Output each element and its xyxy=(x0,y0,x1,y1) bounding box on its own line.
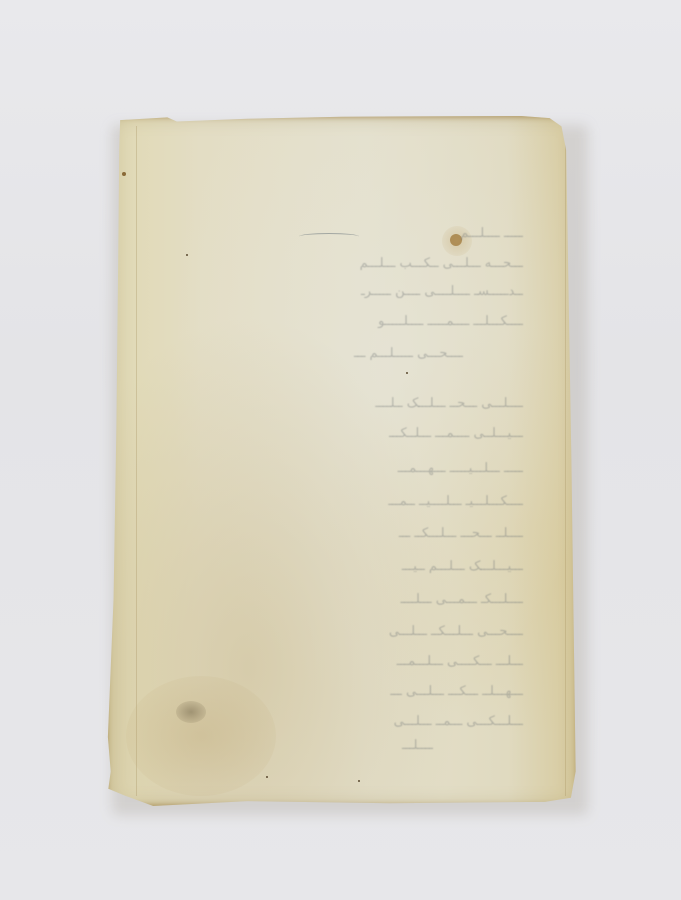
script-line: ــــحـــی ـــلـــکــ ـــلـــی xyxy=(268,624,523,638)
script-line: ــــکـــلـــیـ ـــلــــیــ ــمـــ xyxy=(268,494,523,508)
manuscript-leaf: ـــــ ــــلـــم ـــحـــه ـــلـــی ــکـــ… xyxy=(106,116,578,806)
script-line: ـــــ ــــلـــم xyxy=(328,226,523,240)
script-line: ـــلـــکـــی ـــمــ ـــلـــی xyxy=(268,714,523,728)
script-line: ـــهـــلــ ـــکـــ ـــلـــی ـــ xyxy=(268,684,523,698)
script-line: ــــلـــ xyxy=(388,738,433,752)
script-line: ــــحـــی ـــــلـــم ـــ xyxy=(268,346,463,360)
handwritten-text-block: ـــــ ــــلـــم ـــحـــه ـــلـــی ــکـــ… xyxy=(268,226,523,746)
script-line: ـــــ ـــلـــیـــــ ـــهـــمـــ xyxy=(268,461,523,475)
script-line: ــــلـــی ـــحــ ـــلـــک ــلــــ xyxy=(268,396,523,410)
left-fold-line xyxy=(136,126,137,796)
foxing-area xyxy=(126,676,276,796)
speck xyxy=(186,254,188,256)
script-line: ــــلـــکـ ـــمـــی ـــلــــ xyxy=(268,592,523,606)
speck xyxy=(266,776,268,778)
script-line: ــدـــــسـ ــــلــــی ــــن ـــــرـ xyxy=(268,284,523,298)
script-line: ـــیـــلــی ــــمـــ ـــلــکـــ xyxy=(268,426,523,440)
script-line: ـــحـــه ـــلـــی ــکـــب ـــلـــم xyxy=(268,256,523,270)
script-line: ــــلــ ـــحـــ ـــلـــکــ ـــ xyxy=(268,526,523,540)
script-line: ـــیـــلـــک ـــلـــم ــیـــ xyxy=(268,559,523,573)
right-fold-line xyxy=(565,126,566,796)
script-line: ـــلـــ ـــکــــی ـــلـــمـــ xyxy=(268,654,523,668)
speck xyxy=(122,172,126,176)
speck xyxy=(358,780,360,782)
script-line: ــــکـــلـــ ــــمـــــ ــــلـــــو xyxy=(268,314,523,328)
